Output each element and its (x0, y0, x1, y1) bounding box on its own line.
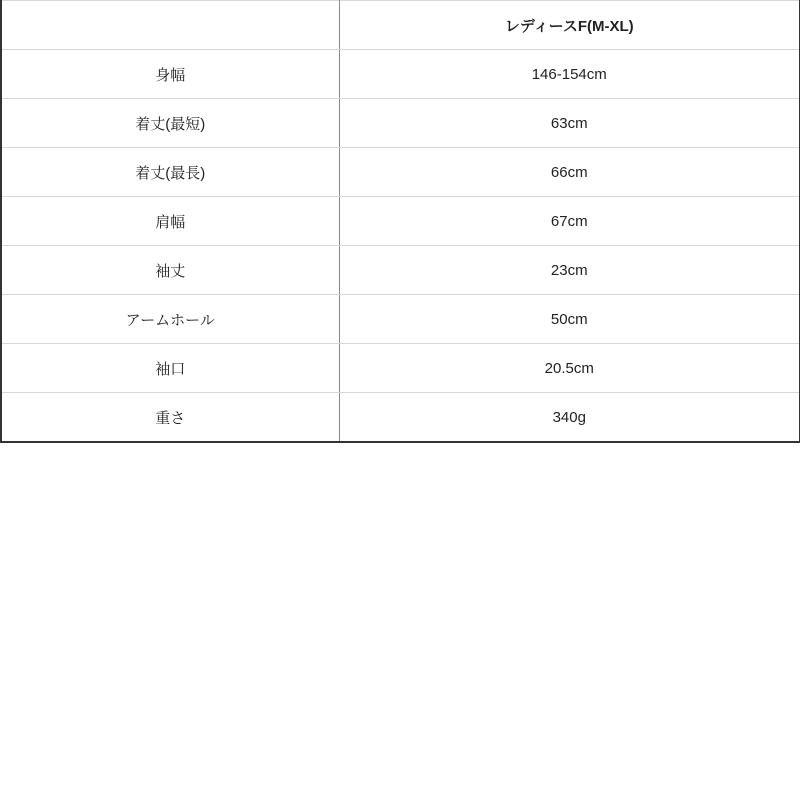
table-row: 袖丈 23cm (1, 246, 800, 295)
table-row: 着丈(最短) 63cm (1, 99, 800, 148)
header-size-cell: レディースF(M-XL) (339, 1, 800, 50)
row-label: 着丈(最短) (1, 99, 339, 148)
row-label: 身幅 (1, 50, 339, 99)
row-value: 146-154cm (339, 50, 800, 99)
table-row: 着丈(最長) 66cm (1, 148, 800, 197)
row-label: 袖口 (1, 344, 339, 393)
row-value: 67cm (339, 197, 800, 246)
table-row: 袖口 20.5cm (1, 344, 800, 393)
row-label: 着丈(最長) (1, 148, 339, 197)
table-row: 肩幅 67cm (1, 197, 800, 246)
row-value: 63cm (339, 99, 800, 148)
size-chart-table: レディースF(M-XL) 身幅 146-154cm 着丈(最短) 63cm 着丈… (0, 0, 800, 443)
row-value: 66cm (339, 148, 800, 197)
table-header-row: レディースF(M-XL) (1, 1, 800, 50)
header-label-cell (1, 1, 339, 50)
row-value: 50cm (339, 295, 800, 344)
row-label: アームホール (1, 295, 339, 344)
table-row: 重さ 340g (1, 393, 800, 443)
table-row: 身幅 146-154cm (1, 50, 800, 99)
table-row: アームホール 50cm (1, 295, 800, 344)
row-label: 袖丈 (1, 246, 339, 295)
row-value: 23cm (339, 246, 800, 295)
row-label: 肩幅 (1, 197, 339, 246)
row-value: 340g (339, 393, 800, 443)
row-label: 重さ (1, 393, 339, 443)
row-value: 20.5cm (339, 344, 800, 393)
